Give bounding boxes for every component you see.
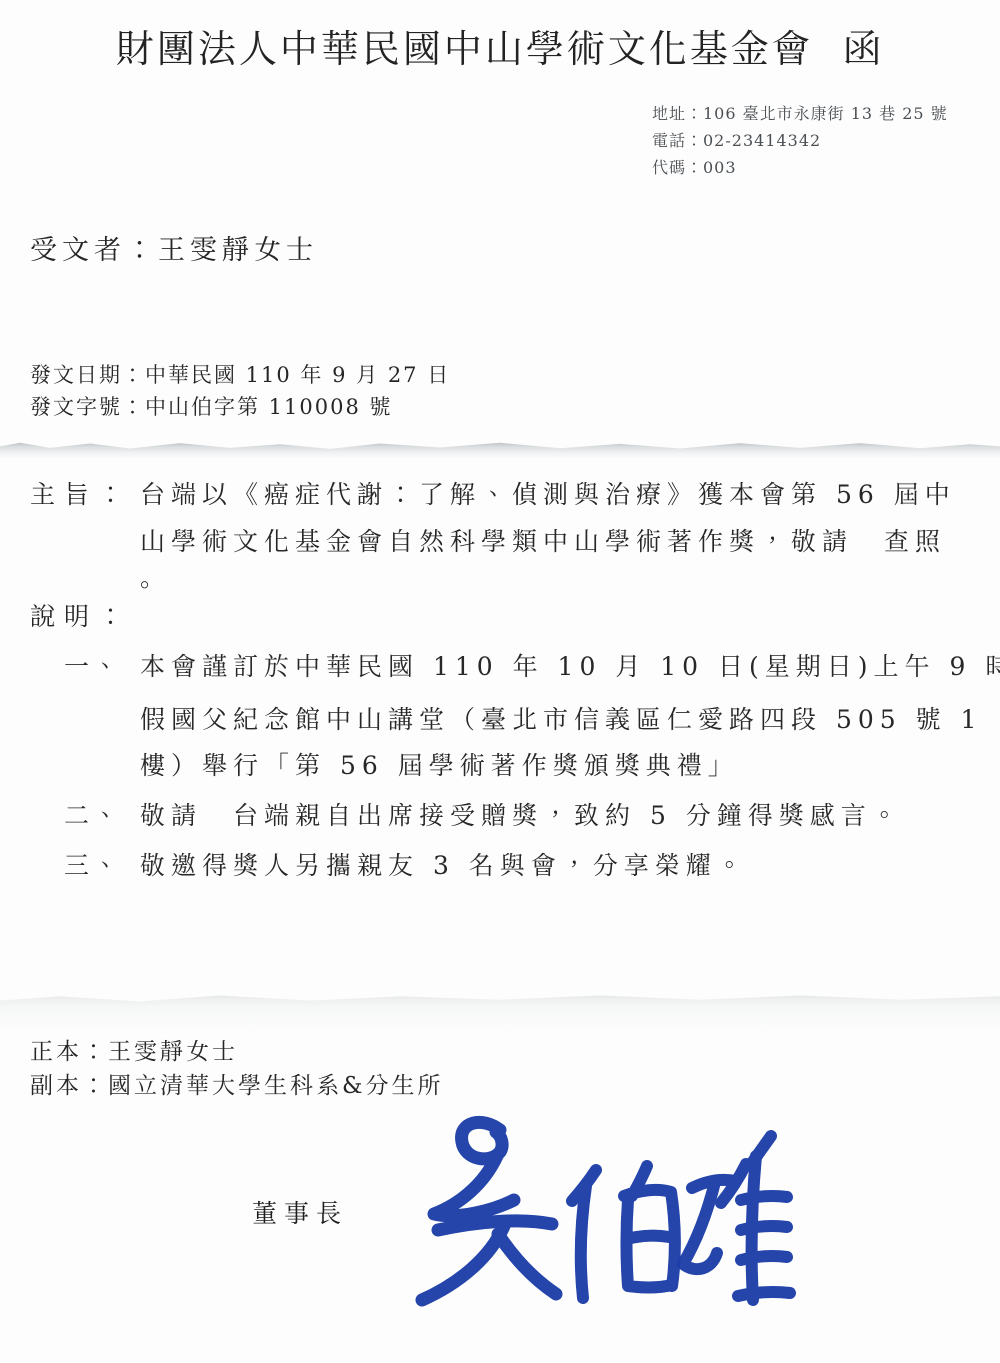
issue-date-line: 發文日期：中華民國 110 年 9 月 27 日 xyxy=(30,362,450,388)
explanation-item-3-line: 敬邀得獎人另攜親友 3 名與會，分享榮耀。 xyxy=(140,850,748,881)
explanation-item-1-line: 本會謹訂於中華民國 110 年 10 月 10 日(星期日)上午 9 時， xyxy=(140,651,1000,682)
explanation-label: 說明： xyxy=(30,601,132,632)
letterhead-code: 代碼：003 xyxy=(652,154,948,181)
explanation-item-2-number: 二、 xyxy=(64,800,122,831)
explanation-item-2-line: 敬請 台端親自出席接受贈獎，致約 5 分鐘得獎感言。 xyxy=(140,800,903,831)
letterhead-address: 地址：106 臺北市永康街 13 巷 25 號 xyxy=(652,100,948,127)
doc-number-line: 發文字號：中山伯字第 110008 號 xyxy=(30,394,393,420)
subject-line: 台端以《癌症代謝：了解、偵測與治療》獲本會第 56 屆中 xyxy=(140,479,956,510)
document-title: 財團法人中華民國中山學術文化基金會 函 xyxy=(0,26,1000,74)
letterhead-info: 地址：106 臺北市永康街 13 巷 25 號 電話：02-23414342 代… xyxy=(652,100,948,181)
recipient-line: 受文者：王雯靜女士 xyxy=(30,234,318,268)
scan-seam-upper xyxy=(0,441,1000,459)
carbon-copy-line: 副本：國立清華大學生科系&分生所 xyxy=(30,1072,443,1101)
subject-line: 山學術文化基金會自然科學類中山學術著作獎，敬請 查照 xyxy=(140,526,946,557)
explanation-item-3-number: 三、 xyxy=(64,850,122,881)
chairman-title-label: 董事長 xyxy=(252,1198,348,1229)
explanation-item-1-line: 樓）舉行「第 56 屆學術著作獎頒獎典禮」 xyxy=(140,750,739,781)
scanned-letter-page: 財團法人中華民國中山學術文化基金會 函 地址：106 臺北市永康街 13 巷 2… xyxy=(0,0,1000,1363)
chairman-signature-ink xyxy=(400,1108,815,1318)
subject-line: 。 xyxy=(140,562,171,593)
subject-label: 主旨： xyxy=(30,479,132,510)
original-copy-line: 正本：王雯靜女士 xyxy=(30,1038,238,1067)
scan-seam-lower xyxy=(0,993,1000,1035)
explanation-item-1-line: 假國父紀念館中山講堂（臺北市信義區仁愛路四段 505 號 1 xyxy=(140,704,982,735)
explanation-item-1-number: 一、 xyxy=(64,651,122,682)
letterhead-phone: 電話：02-23414342 xyxy=(652,127,948,154)
chairman-signature xyxy=(400,1108,815,1318)
